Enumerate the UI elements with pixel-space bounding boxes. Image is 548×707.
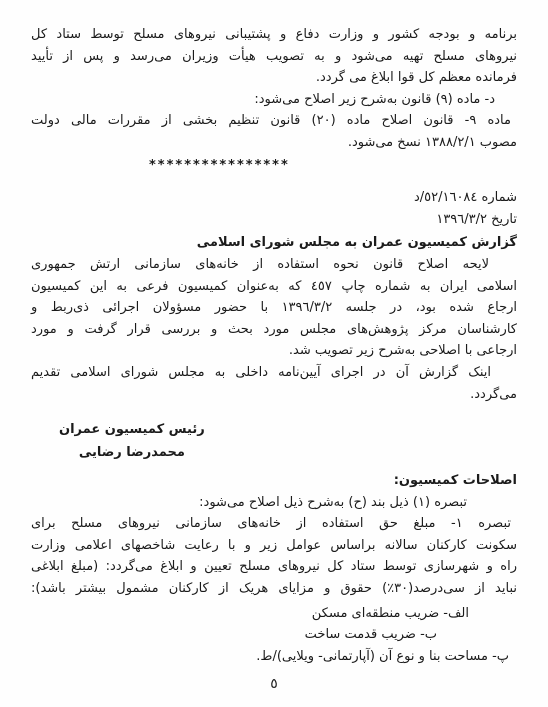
article-9-paragraph: ماده ٩- قانون اصلاح ماده (٢٠) قانون تنظی… — [31, 110, 517, 153]
letter-date: تاریخ ١٣٩٦/٣/٢ — [31, 209, 517, 231]
note-intro-line: تبصره (١) ذیل بند (ح) به‌شرح ذیل اصلاح م… — [31, 492, 517, 514]
page-number: ٥ — [31, 674, 517, 696]
body-line: نیروهای مسلح تهیه می‌شود و به تصویب هیأت… — [31, 46, 517, 68]
signature-block: رئیس کمیسیون عمران محمدرضا رضایی — [59, 418, 205, 464]
body-line: می‌گردد. — [31, 384, 517, 406]
list-item: پ- مساحت بنا و نوع آن (آپارتمانی- ویلایی… — [31, 646, 517, 668]
body-line: فرمانده معظم کل قوا ابلاغ می گردد. — [31, 67, 517, 89]
body-line: اسلامی ایران به شماره چاپ ٤٥٧ که به‌عنوا… — [31, 276, 517, 298]
body-line: ارجاع شده بود، در جلسه ١٣٩٦/٣/٢ با حضور … — [31, 297, 517, 319]
body-line: لایحه اصلاح قانون نحوه استفاده از خانه‌ه… — [31, 254, 517, 276]
scanned-document-page: برنامه و بودجه کشور و وزارت دفاع و پشتیب… — [0, 0, 548, 707]
clause-d-line: د- ماده (٩) قانون به‌شرح زیر اصلاح می‌شو… — [31, 89, 517, 111]
report-title: گزارش کمیسیون عمران به مجلس شورای اسلامی — [31, 232, 517, 254]
body-line: تبصره ١- مبلغ حق استفاده از خانه‌های ساز… — [31, 513, 517, 535]
body-line: برنامه و بودجه کشور و وزارت دفاع و پشتیب… — [31, 24, 517, 46]
body-line: اینک گزارش آن در اجرای آیین‌نامه داخلی ب… — [31, 362, 517, 384]
factors-list: الف- ضریب منطقه‌ای مسکن ب- ضریب قدمت ساخ… — [31, 603, 517, 668]
submission-paragraph: اینک گزارش آن در اجرای آیین‌نامه داخلی ب… — [31, 362, 517, 405]
body-line: مصوب ١٣٨٨/٢/١ نسخ می‌شود. — [31, 132, 517, 154]
letter-number: شماره ٥٢/١٦٠٨٤/د — [31, 187, 517, 209]
signature-role: رئیس کمیسیون عمران — [59, 418, 205, 441]
body-line: ارجاعی با اصلاحی به‌شرح زیر تصویب شد. — [31, 340, 517, 362]
list-item: الف- ضریب منطقه‌ای مسکن — [31, 603, 517, 625]
body-line: نباید از سی‌درصد(٣٠٪) حقوق و مزایای هریک… — [31, 578, 517, 600]
body-line: کارشناسان مرکز پژوهش‌های مجلس مورد بحث و… — [31, 319, 517, 341]
body-line: راه و شهرسازی توسط ستاد کل نیروهای مسلح … — [31, 556, 517, 578]
signature-name: محمدرضا رضایی — [59, 441, 205, 464]
note1-paragraph: تبصره ١- مبلغ حق استفاده از خانه‌های ساز… — [31, 513, 517, 599]
asterisk-separator: **************** — [31, 155, 517, 177]
intro-paragraph: برنامه و بودجه کشور و وزارت دفاع و پشتیب… — [31, 24, 517, 89]
report-paragraph: لایحه اصلاح قانون نحوه استفاده از خانه‌ه… — [31, 254, 517, 362]
body-line: ماده ٩- قانون اصلاح ماده (٢٠) قانون تنظی… — [31, 110, 517, 132]
list-item: ب- ضریب قدمت ساخت — [31, 624, 517, 646]
amendments-heading: اصلاحات کمیسیون: — [31, 470, 517, 492]
body-line: سکونت کارکنان سالانه براساس عوامل زیر و … — [31, 535, 517, 557]
